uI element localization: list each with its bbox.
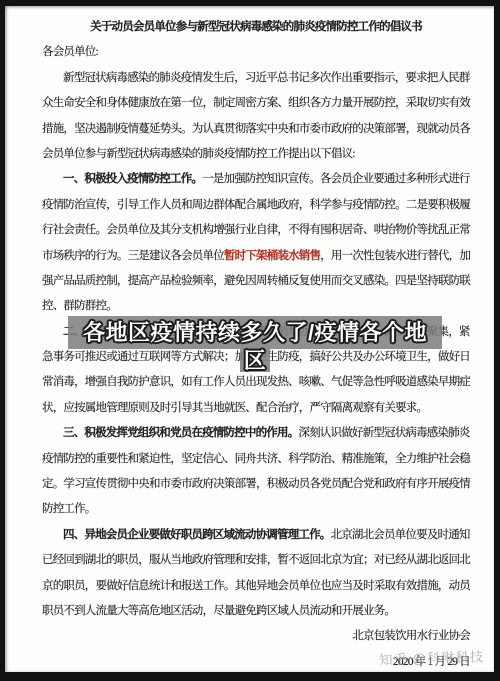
document-title: 关于动员会员单位参与新型冠状病毒感染的肺炎疫情防控工作的倡议书: [42, 15, 470, 40]
document-line: 职员不到人流量大等高危地区活动，尽量避免跨区域人员流动和开展业务。: [42, 599, 470, 624]
document-line: 常消毒，增强自我防护意识，如有工作人员出现发热、咳嗽、气促等急性呼吸道感染早期症: [42, 370, 470, 395]
document-line: 措施，坚决遏制疫情蔓延势头。为认真贯彻落实中央和市委市政府的决策部署，现就动员各: [42, 117, 470, 142]
document-line: 四、异地会员企业要做好职员跨区域流动协调管理工作。北京湖北会员单位要及时通知: [42, 523, 470, 548]
salutation: 各会员单位:: [42, 40, 470, 65]
document-line: 众生命安全和身体健康放在第一位，制定周密方案、组织各方力量开展防控，采取切实有效: [42, 91, 470, 116]
document-line: 疫情防控的重要性和紧迫性，坚定信心、同舟共济、科学防治、精准施策，全力维护社会稳: [42, 447, 470, 472]
document-line: 一、积极投入疫情防控工作。一是加强防控知识宣传。各会员企业要通过多种形式进行: [42, 167, 470, 192]
document-line: 三、积极发挥党组织和党员在疫情防控中的作用。深刻认识做好新型冠状病毒感染肺炎: [42, 421, 470, 446]
document-line: 已经回到湖北的职员，服从当地政府管理和安排，暂不返回北京为宜；对已经从湖北返回北: [42, 548, 470, 573]
document-line: 京的职员，要做好信息统计和报送工作。其他异地会员单位也应当及时采取有效措施，动员: [42, 574, 470, 599]
overlay-banner: 各地区疫情持续多久了/疫情各个地 区: [5, 316, 500, 372]
document-line: 新型冠状病毒感染的肺炎疫情发生后，习近平总书记多次作出重要指示，要求把人民群: [42, 66, 470, 91]
document-line: 市场秩序的行为。三是建议各会员单位暂时下架桶装水销售，用一次性包装水进行替代，加: [42, 244, 470, 269]
zhihu-watermark: 知乎 @科琳科技: [379, 645, 484, 669]
document-line: 疫情防治宣传，引导工作人员和周边群体配合属地政府，科学参与疫情防控。二是要积极履: [42, 193, 470, 218]
document-line: 强产品品质控制，提高产品检验频率，避免因周转桶反复使用而交叉感染。四是坚持联防联: [42, 269, 470, 294]
document-line: 行社会责任。会员单位及其分支机构增强行业自律，不得有囤积居奇、哄抬物价等扰乱正常: [42, 218, 470, 243]
document-line: 状，应按属地管理原则及时引导其当地就医、配合治疗，严守隔离观察有关要求。: [42, 396, 470, 421]
scanned-page: 关于动员会员单位参与新型冠状病毒感染的肺炎疫情防控工作的倡议书 各会员单位: 新…: [0, 0, 500, 681]
document-line: 定。学习宣传贯彻中央和市委市政府决策部署，积极动员各党员配合党和政府有序开展疫情: [42, 472, 470, 497]
document-line: 会员单位参与新型冠状病毒感染的肺炎疫情防控工作提出以下倡议:: [42, 142, 470, 167]
overlay-title-line2: 区: [240, 349, 271, 372]
overlay-title-line1: 各地区疫情持续多久了/疫情各个地: [68, 316, 442, 349]
signature: 北京包装饮用水行业协会: [42, 624, 470, 649]
document-line: 防控工作。: [42, 497, 470, 522]
